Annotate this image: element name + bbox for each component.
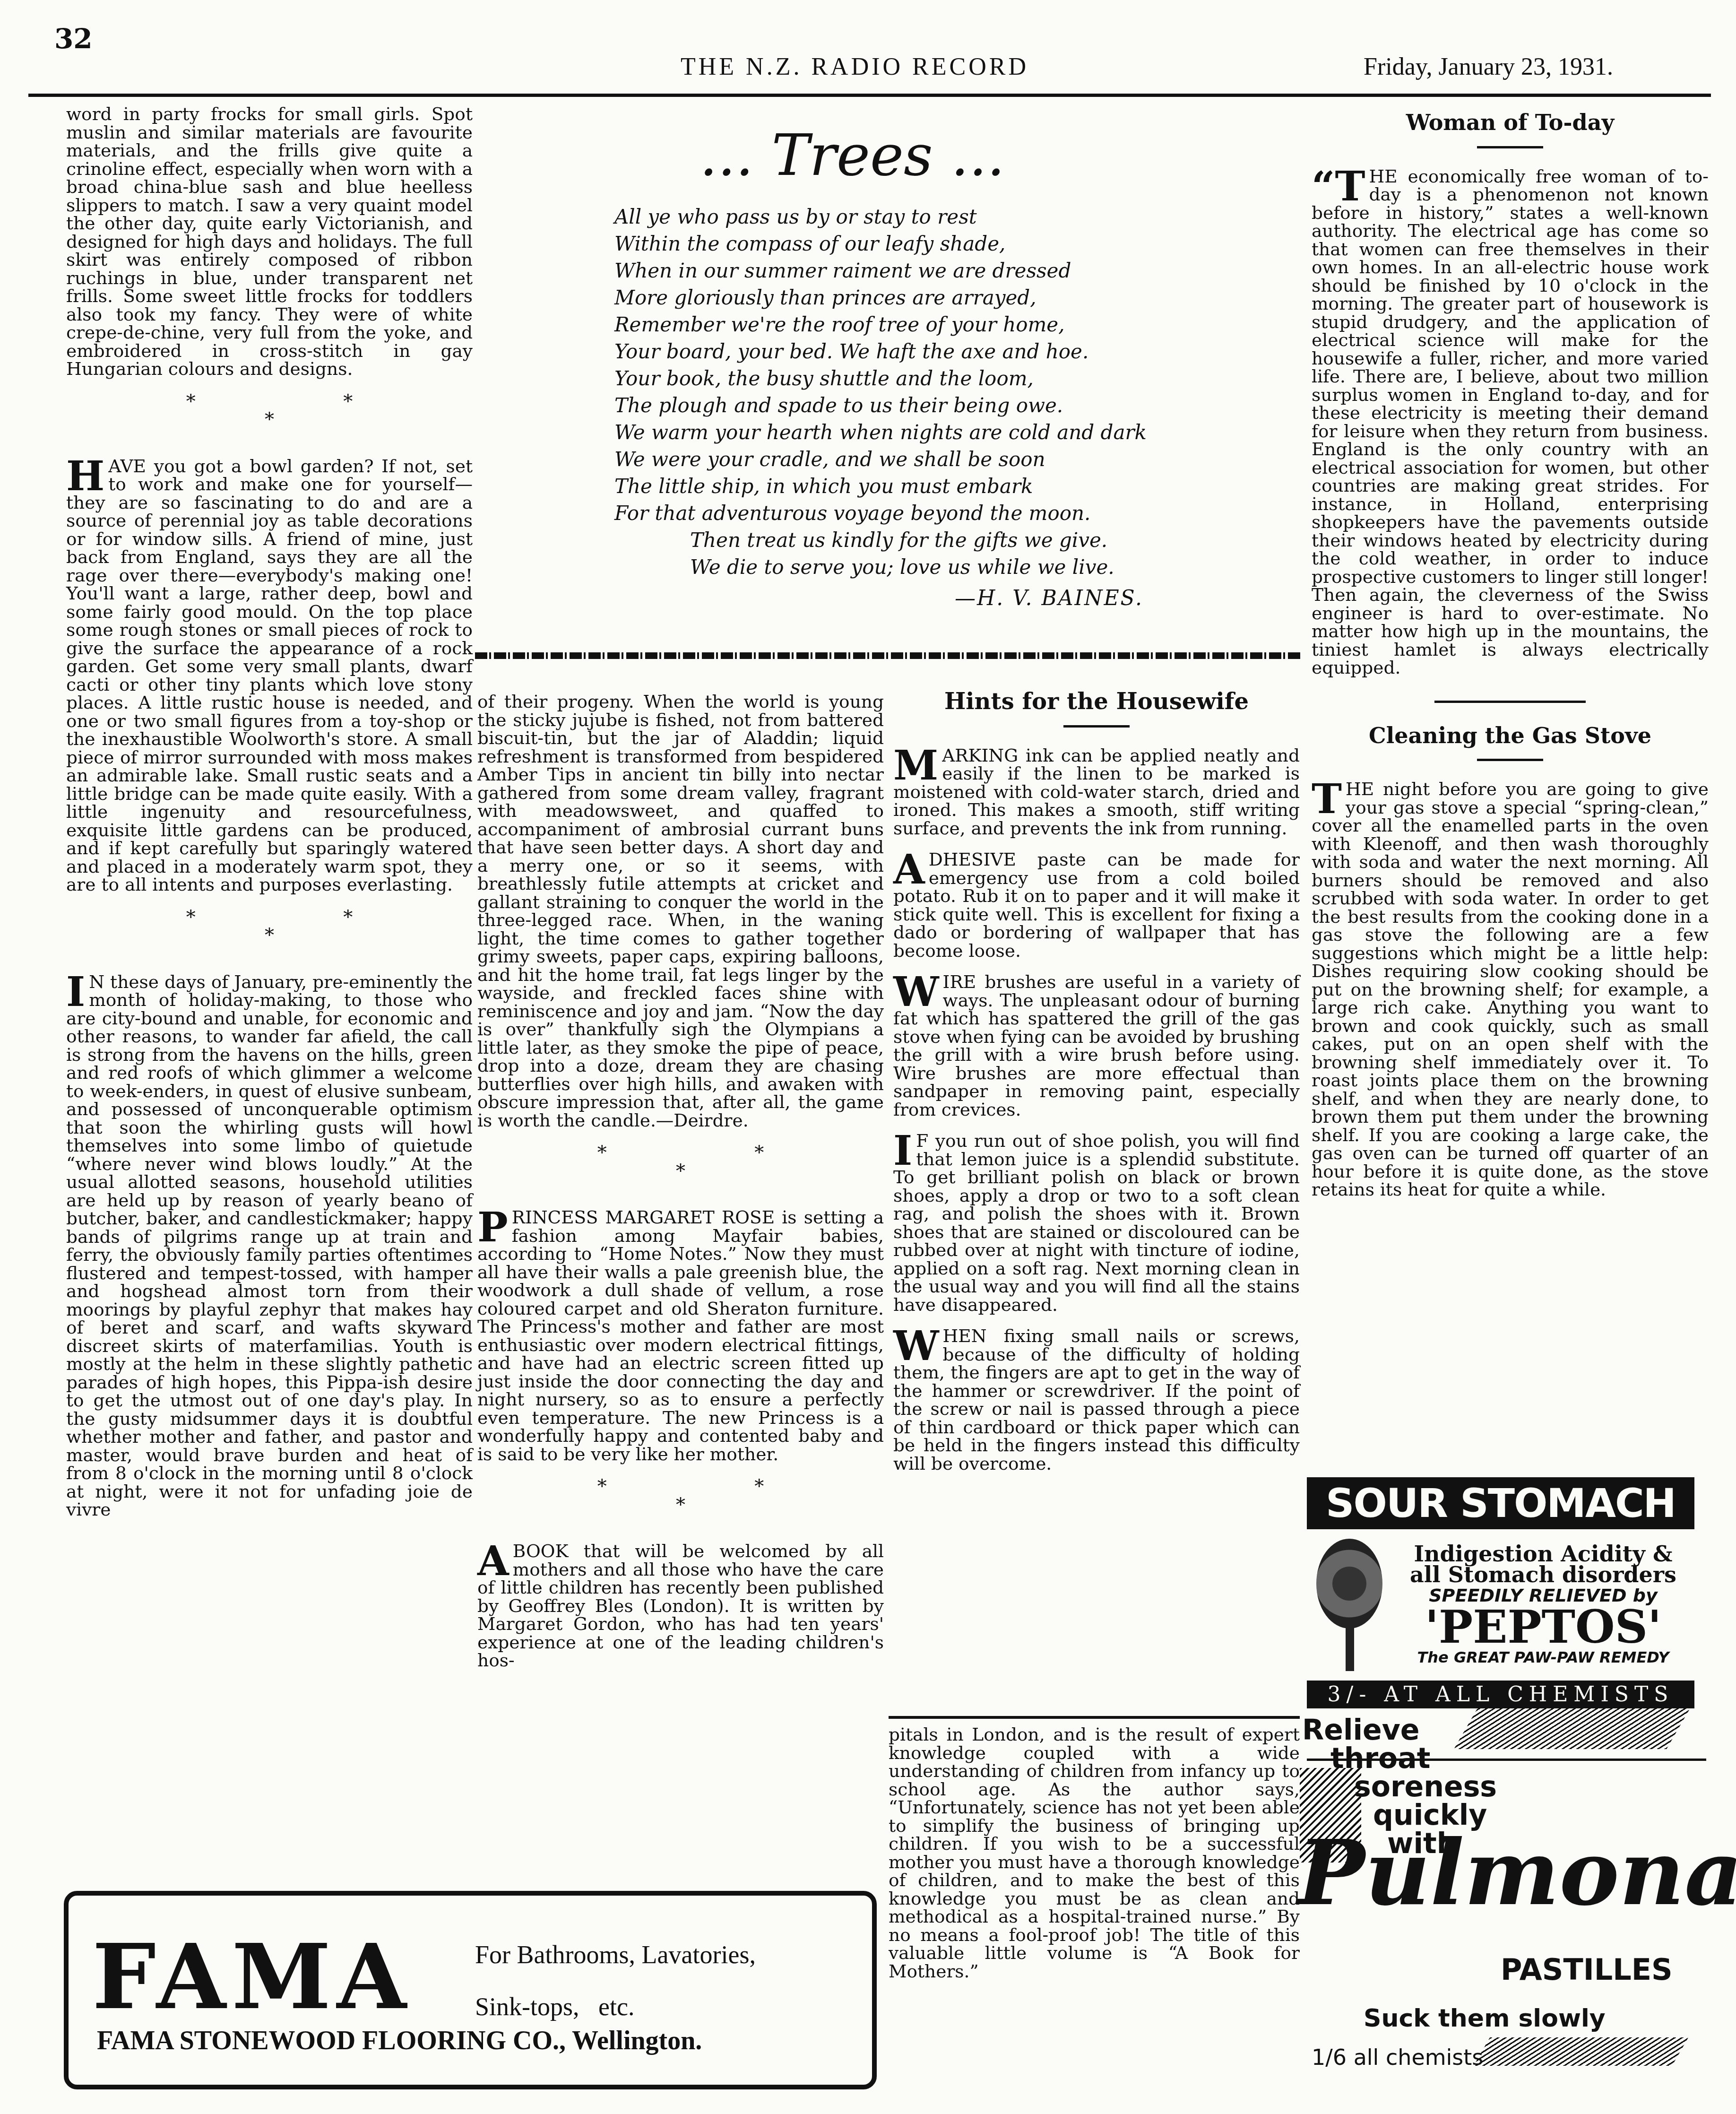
article-text: BOOK that will be welcomed by all mother… xyxy=(477,1541,884,1671)
dropcap: A xyxy=(893,853,925,886)
ad-line: The GREAT PAW-PAW REMEDY xyxy=(1392,1648,1694,1666)
heading-rule xyxy=(1063,725,1130,728)
gas-stove-article: THE night before you are going to give y… xyxy=(1312,780,1709,1199)
poem-line: Your board, your bed. We haft the axe an… xyxy=(614,338,1147,365)
dropcap: M xyxy=(893,749,938,782)
hint-item: MARKING ink can be applied neatly and ea… xyxy=(893,746,1300,838)
publication-title: THE N.Z. RADIO RECORD xyxy=(681,53,1029,81)
section-separator: * * * xyxy=(477,1144,884,1180)
ad-banner: SOUR STOMACH xyxy=(1307,1477,1694,1529)
peptos-advertisement: SOUR STOMACH Indigestion Acidity & all S… xyxy=(1307,1477,1694,1708)
column-1: word in party frocks for small girls. Sp… xyxy=(66,105,473,1532)
tree-icon xyxy=(1307,1534,1392,1676)
poem-line: The little ship, in which you must embar… xyxy=(614,473,1147,500)
article-text: RINCESS MARGARET ROSE is setting a fashi… xyxy=(477,1207,884,1464)
ad-line: For Bathrooms, Lavatories, xyxy=(475,1929,756,1981)
column-2: of their progeny. When the world is youn… xyxy=(477,693,884,1683)
poem-line: The plough and spade to us their being o… xyxy=(614,392,1147,419)
ad-copy: For Bathrooms, Lavatories, Sink-tops, et… xyxy=(475,1929,756,2033)
dropcap: W xyxy=(893,1330,939,1363)
hint-text: IRE brushes are useful in a variety of w… xyxy=(893,971,1300,1120)
holiday-article-continued: of their progeny. When the world is youn… xyxy=(477,693,884,1129)
hint-text: HEN fixing small nails or screws, becaus… xyxy=(893,1326,1300,1474)
section-separator: * * * xyxy=(477,1477,884,1514)
dropcap: I xyxy=(893,1135,912,1168)
headline-line: Relieve xyxy=(1302,1716,1497,1744)
dropcap: I xyxy=(66,976,85,1009)
ad-product: PASTILLES xyxy=(1501,1952,1673,1987)
pulmonas-advertisement: Relieve throat soreness quickly with Pul… xyxy=(1293,1697,1709,2085)
column-4: Woman of To-day “THE economically free w… xyxy=(1312,106,1709,1212)
section-rule xyxy=(1434,701,1586,703)
ad-tagline: Suck them slowly xyxy=(1364,2004,1606,2033)
article-text: HE economically free woman of to-day is … xyxy=(1312,166,1709,678)
book-article-continued: pitals in London, and is the result of e… xyxy=(889,1725,1300,1993)
dropcap: W xyxy=(893,976,939,1009)
dropcap: T xyxy=(1312,783,1342,816)
ad-price: 1/6 all chemists xyxy=(1312,2045,1483,2070)
heading-rule xyxy=(1477,146,1543,148)
hint-item: ADHESIVE paste can be made for emergency… xyxy=(893,850,1300,960)
ad-company: FAMA STONEWOOD FLOORING CO., Wellington. xyxy=(97,2026,702,2056)
article-text: AVE you got a bowl garden? If not, set t… xyxy=(66,456,473,895)
header-rule xyxy=(28,94,1711,97)
poem-line: We warm your hearth when nights are cold… xyxy=(614,419,1147,446)
dropcap: “T xyxy=(1312,170,1365,203)
decorative-rule xyxy=(475,652,1302,659)
hint-item: IF you run out of shoe polish, you will … xyxy=(893,1132,1300,1314)
dropcap: P xyxy=(477,1211,508,1244)
poem-line: Remember we're the roof tree of your hom… xyxy=(614,311,1147,338)
princess-article: PRINCESS MARGARET ROSE is setting a fash… xyxy=(477,1208,884,1463)
hints-heading: Hints for the Housewife xyxy=(893,693,1300,711)
poem-line: All ye who pass us by or stay to rest xyxy=(614,203,1147,230)
hint-item: WHEN fixing small nails or screws, becau… xyxy=(893,1327,1300,1473)
ad-line: all Stomach disorders xyxy=(1392,1564,1694,1585)
page-number: 32 xyxy=(54,23,93,55)
woman-article: “THE economically free woman of to-day i… xyxy=(1312,167,1709,677)
article-text: N these days of January, pre-eminently t… xyxy=(66,971,473,1520)
poem-line: Your book, the busy shuttle and the loom… xyxy=(614,365,1147,392)
ad-body: Indigestion Acidity & all Stomach disord… xyxy=(1307,1529,1694,1681)
dropcap: H xyxy=(66,460,104,493)
poem-line: When in our summer raiment we are dresse… xyxy=(614,257,1147,284)
poem-line: Then treat us kindly for the gifts we gi… xyxy=(614,527,1147,554)
article-text: pitals in London, and is the result of e… xyxy=(889,1725,1300,1980)
headline-line: soreness xyxy=(1302,1773,1497,1801)
ad-line: Indigestion Acidity & xyxy=(1392,1543,1694,1564)
ad-brand: Pulmonas xyxy=(1297,1820,1736,1925)
hint-text: ARKING ink can be applied neatly and eas… xyxy=(893,745,1300,839)
dropcap: A xyxy=(477,1545,509,1578)
january-article: IN these days of January, pre-eminently … xyxy=(66,973,473,1519)
fama-advertisement: FAMA For Bathrooms, Lavatories, Sink-top… xyxy=(64,1891,877,2089)
bowl-garden-article: HAVE you got a bowl garden? If not, set … xyxy=(66,457,473,894)
poem-line: We were your cradle, and we shall be soo… xyxy=(614,446,1147,473)
heading-rule xyxy=(1477,759,1543,761)
hatch-decoration xyxy=(1474,2037,1689,2066)
section-separator: * * * xyxy=(66,392,473,429)
issue-date: Friday, January 23, 1931. xyxy=(1364,53,1613,81)
section-rule xyxy=(889,1716,1300,1719)
hint-text: F you run out of shoe polish, you will f… xyxy=(893,1130,1300,1315)
hint-item: WIRE brushes are useful in a variety of … xyxy=(893,973,1300,1118)
poem-line: For that adventurous voyage beyond the m… xyxy=(614,500,1147,527)
gas-stove-heading: Cleaning the Gas Stove xyxy=(1312,727,1709,745)
poem-title: ... Trees ... xyxy=(700,123,1005,189)
book-article: ABOOK that will be welcomed by all mothe… xyxy=(477,1542,884,1670)
headline-line: throat xyxy=(1302,1744,1497,1773)
party-frocks-paragraph: word in party frocks for small girls. Sp… xyxy=(66,105,473,378)
hint-text: DHESIVE paste can be made for emergency … xyxy=(893,849,1300,961)
section-separator: * * * xyxy=(66,908,473,944)
poem-line: More gloriously than princes are arrayed… xyxy=(614,284,1147,311)
poem-body: All ye who pass us by or stay to rest Wi… xyxy=(614,203,1147,580)
poem-line: We die to serve you; love us while we li… xyxy=(614,554,1147,580)
ad-brand: 'PEPTOS' xyxy=(1392,1606,1694,1648)
poem-author: —H. V. BAINES. xyxy=(955,586,1143,610)
woman-heading: Woman of To-day xyxy=(1312,113,1709,132)
column-3: Hints for the Housewife MARKING ink can … xyxy=(893,685,1300,1486)
poem-line: Within the compass of our leafy shade, xyxy=(614,230,1147,257)
ad-line: Sink-tops, etc. xyxy=(475,1981,756,2033)
ad-copy: Indigestion Acidity & all Stomach disord… xyxy=(1392,1543,1694,1666)
ad-brand: FAMA xyxy=(92,1924,412,2029)
article-text: HE night before you are going to give yo… xyxy=(1312,779,1709,1200)
